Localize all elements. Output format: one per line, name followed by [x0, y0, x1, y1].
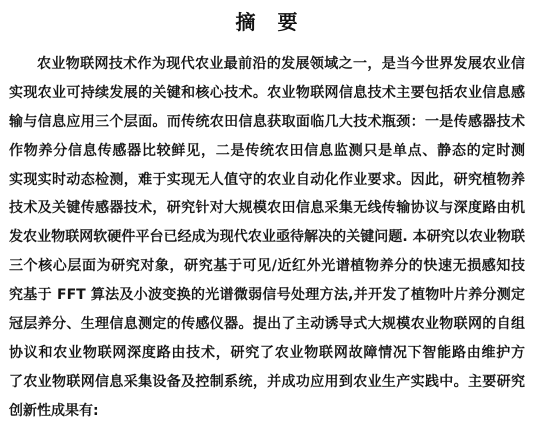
text-line: 冠层养分、生理信息测定的传感仪器。提出了主动诱导式大规模农业物联网的自组织网络	[9, 310, 525, 339]
text-line: 发农业物联网软硬件平台已经成为现代农业亟待解决的关键问题. 本研究以农业物联网的	[9, 223, 525, 252]
text-line: 三个核心层面为研究对象，研究基于可见/近红外光谱植物养分的快速无损感知技术，研	[9, 252, 525, 281]
text-line: 了农业物联网信息采集设备及控制系统，并成功应用到农业生产实践中。主要研究内容与	[9, 368, 525, 397]
text-line: 创新性成果有:	[9, 397, 525, 425]
page-title: 摘 要	[0, 0, 534, 35]
text-line: 实现农业可持续发展的关键和核心技术。农业物联网信息技术主要包括农业信息感知、传	[9, 79, 525, 108]
text-line: 究基于 FFT 算法及小波变换的光谱微弱信号处理方法,并开发了植物叶片养分测定和…	[9, 281, 525, 310]
text-line: 实现实时动态检测，难于实现无人值守的农业自动化作业要求。因此，研究植物养分感知	[9, 166, 525, 195]
text-line: 农业物联网技术作为现代农业最前沿的发展领域之一，是当今世界发展农业信息化，	[9, 50, 525, 79]
text-line: 输与信息应用三个层面。而传统农田信息获取面临几大技术瓶颈：一是传感器技术落后，	[9, 108, 525, 137]
text-line: 协议和农业物联网深度路由技术，研究了农业物联网故障情况下智能路由维护方法，开发	[9, 339, 525, 368]
text-line: 技术及关键传感器技术，研究针对大规模农田信息采集无线传输协议与深度路由机制；开	[9, 194, 525, 223]
text-line: 作物养分信息传感器比较鲜见，二是传统农田信息监测只是单点、静态的定时测定，无法	[9, 137, 525, 166]
document-page: 摘 要 农业物联网技术作为现代农业最前沿的发展领域之一，是当今世界发展农业信息化…	[0, 0, 534, 425]
abstract-paragraph: 农业物联网技术作为现代农业最前沿的发展领域之一，是当今世界发展农业信息化， 实现…	[0, 35, 534, 425]
